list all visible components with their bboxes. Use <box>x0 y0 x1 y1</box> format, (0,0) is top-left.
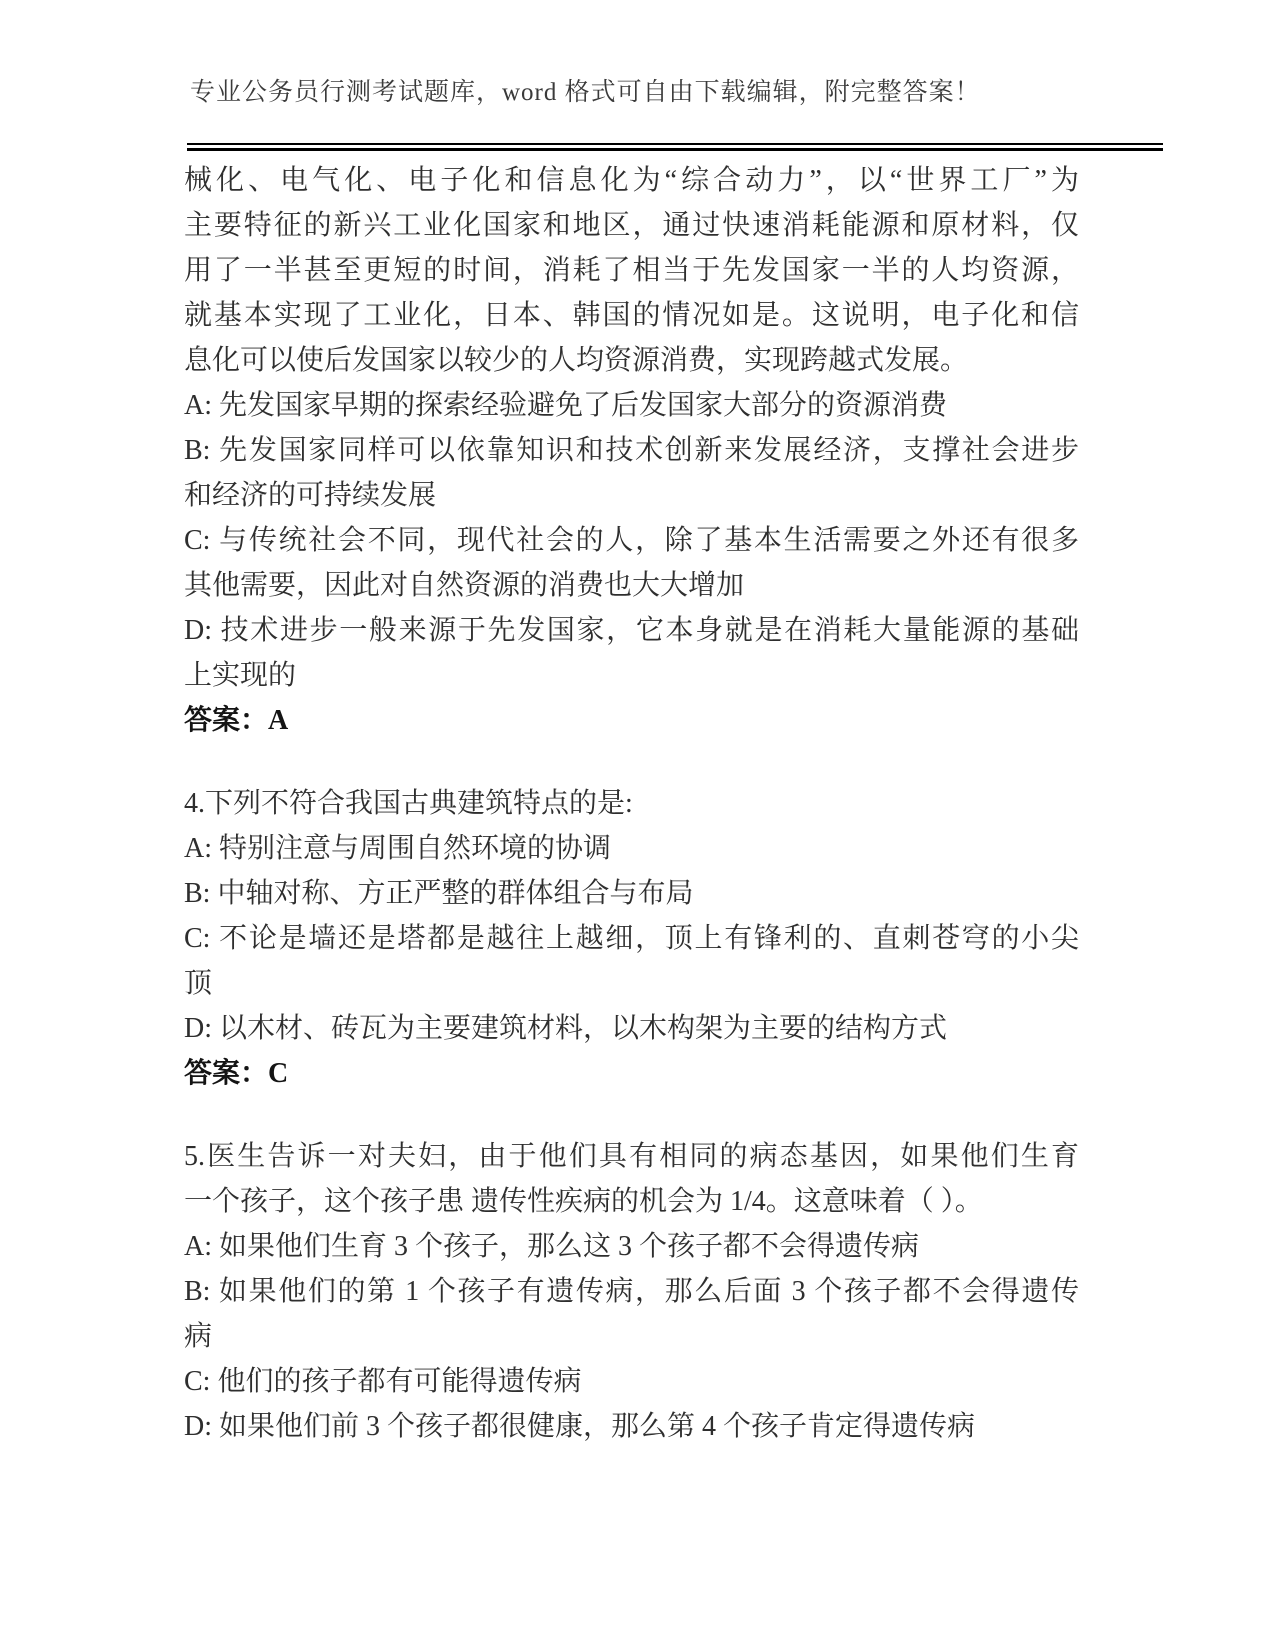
option-c-line: C: 不论是墙还是塔都是越往上越细，顶上有锋利的、直刺苍穹的小尖 <box>184 916 1079 961</box>
answer-line: 答案：A <box>184 698 1079 743</box>
document-content: 械化、电气化、电子化和信息化为“综合动力”，以“世界工厂”为 主要特征的新兴工业… <box>184 158 1079 1449</box>
question-stem-line: 息化可以使后发国家以较少的人均资源消费，实现跨越式发展。 <box>184 338 1079 383</box>
question-stem-line: 一个孩子，这个孩子患 遗传性疾病的机会为 1/4。这意味着（ ）。 <box>184 1179 1079 1224</box>
document-header-note: 专业公务员行测考试题库，word 格式可自由下载编辑，附完整答案！ <box>190 72 981 108</box>
question-stem-line: 械化、电气化、电子化和信息化为“综合动力”，以“世界工厂”为 <box>184 158 1079 203</box>
option-d-line: 上实现的 <box>184 653 1079 698</box>
question-stem-line: 用了一半甚至更短的时间，消耗了相当于先发国家一半的人均资源， <box>184 248 1079 293</box>
header-rule <box>187 143 1163 151</box>
option-d-line: D: 以木材、砖瓦为主要建筑材料，以木构架为主要的结构方式 <box>184 1006 1079 1051</box>
question-4-block: 4.下列不符合我国古典建筑特点的是: A: 特别注意与周围自然环境的协调 B: … <box>184 781 1079 1096</box>
question-stem-line: 4.下列不符合我国古典建筑特点的是: <box>184 781 1079 826</box>
option-b-line: B: 先发国家同样可以依靠知识和技术创新来发展经济，支撑社会进步 <box>184 428 1079 473</box>
option-a-line: A: 先发国家早期的探索经验避免了后发国家大部分的资源消费 <box>184 383 1079 428</box>
question-3-block: 械化、电气化、电子化和信息化为“综合动力”，以“世界工厂”为 主要特征的新兴工业… <box>184 158 1079 743</box>
option-c-line: 顶 <box>184 961 1079 1006</box>
option-a-line: A: 如果他们生育 3 个孩子，那么这 3 个孩子都不会得遗传病 <box>184 1224 1079 1269</box>
option-b-line: 病 <box>184 1314 1079 1359</box>
option-c-line: 其他需要，因此对自然资源的消费也大大增加 <box>184 563 1079 608</box>
option-c-line: C: 他们的孩子都有可能得遗传病 <box>184 1359 1079 1404</box>
option-a-line: A: 特别注意与周围自然环境的协调 <box>184 826 1079 871</box>
question-stem-line: 主要特征的新兴工业化国家和地区，通过快速消耗能源和原材料，仅 <box>184 203 1079 248</box>
document-page: 专业公务员行测考试题库，word 格式可自由下载编辑，附完整答案！ 械化、电气化… <box>0 0 1275 1650</box>
option-b-line: B: 中轴对称、方正严整的群体组合与布局 <box>184 871 1079 916</box>
option-b-line: B: 如果他们的第 1 个孩子有遗传病，那么后面 3 个孩子都不会得遗传 <box>184 1269 1079 1314</box>
option-d-line: D: 技术进步一般来源于先发国家，它本身就是在消耗大量能源的基础 <box>184 608 1079 653</box>
option-d-line: D: 如果他们前 3 个孩子都很健康，那么第 4 个孩子肯定得遗传病 <box>184 1404 1079 1449</box>
answer-line: 答案：C <box>184 1051 1079 1096</box>
option-c-line: C: 与传统社会不同，现代社会的人，除了基本生活需要之外还有很多 <box>184 518 1079 563</box>
question-stem-line: 5.医生告诉一对夫妇，由于他们具有相同的病态基因，如果他们生育 <box>184 1134 1079 1179</box>
question-stem-line: 就基本实现了工业化，日本、韩国的情况如是。这说明，电子化和信 <box>184 293 1079 338</box>
question-5-block: 5.医生告诉一对夫妇，由于他们具有相同的病态基因，如果他们生育 一个孩子，这个孩… <box>184 1134 1079 1449</box>
option-b-line: 和经济的可持续发展 <box>184 473 1079 518</box>
